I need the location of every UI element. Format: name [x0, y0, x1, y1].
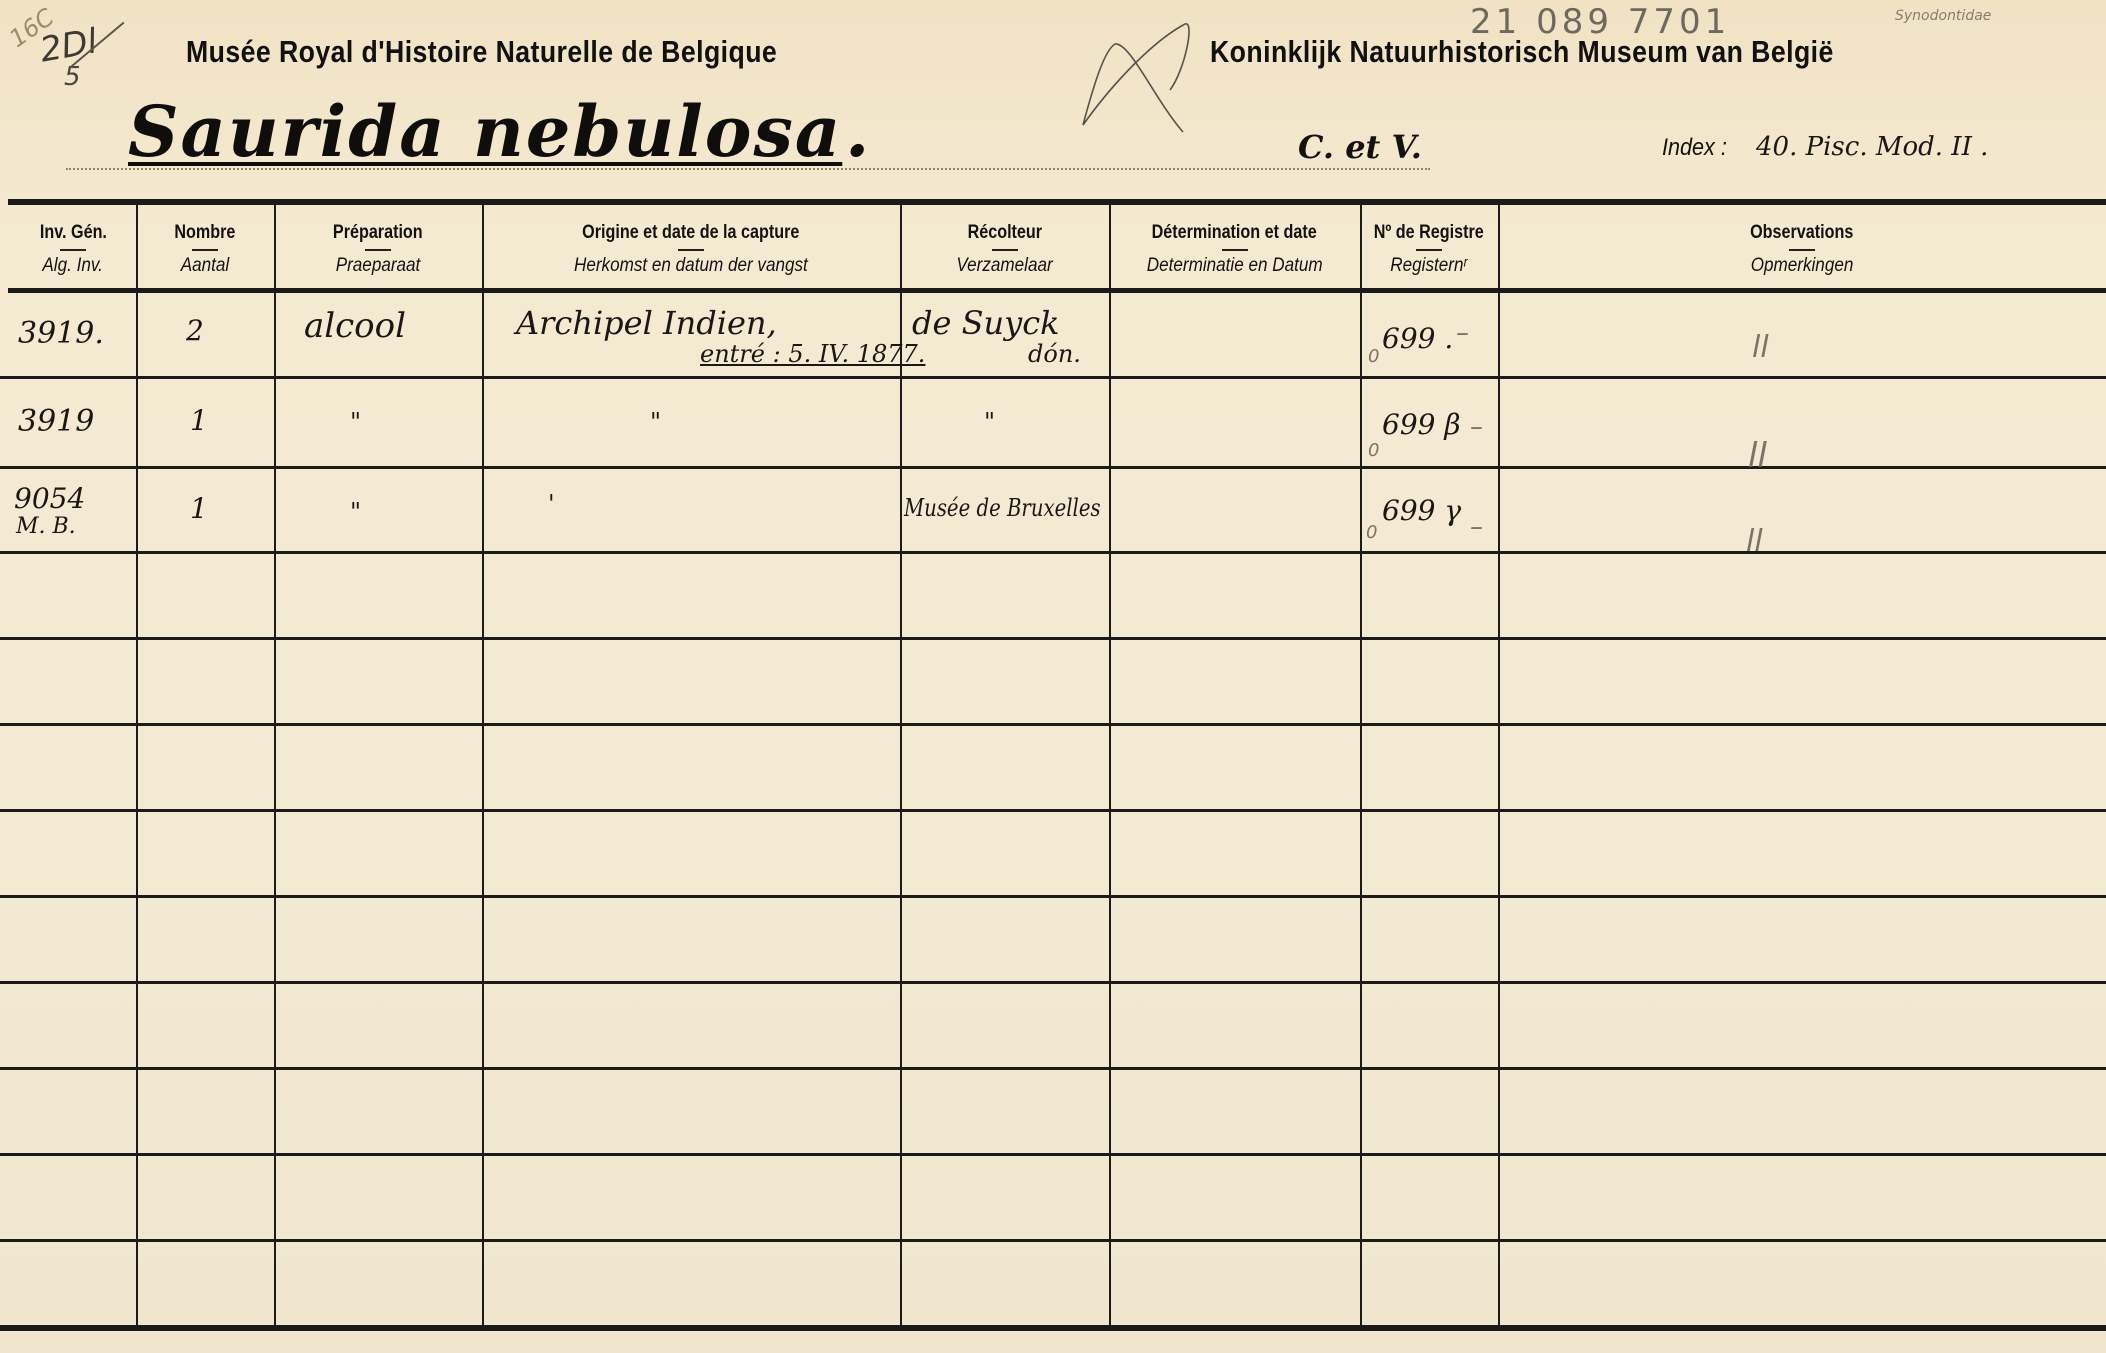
index-label: Index :: [1662, 134, 1727, 162]
column-header-origine-fr: Origine et date de la capture: [582, 222, 799, 244]
header-bottom-rule: [8, 288, 2106, 293]
row1-observations: ll: [1752, 330, 1769, 365]
row2-origine: ": [650, 408, 661, 436]
column-header-determination-fr: Détermination et date: [1152, 222, 1317, 244]
column-header-recolteur: Récolteur Verzamelaar: [900, 210, 1109, 288]
row3-registre-prefix: 0: [1366, 522, 1377, 543]
row-divider: [0, 723, 2106, 726]
column-divider: [482, 205, 484, 1325]
column-header-nombre-fr: Nombre: [174, 222, 235, 244]
row-divider: [0, 1067, 2106, 1070]
column-header-recolteur-fr: Récolteur: [967, 222, 1041, 244]
index-value: 40. Pisc. Mod. II .: [1756, 132, 1988, 162]
column-header-registre-nl: Registernʳ: [1391, 255, 1468, 277]
header-dash: [1222, 249, 1248, 251]
row1-recolteur: de Suyck: [912, 304, 1060, 342]
column-divider: [1360, 205, 1362, 1325]
catalog-number: 21 089 7701: [1470, 2, 1730, 42]
row2-registre-prefix: 0: [1368, 440, 1379, 461]
header-dash: [365, 249, 391, 251]
row-divider: [0, 551, 2106, 554]
row1-registre-mark: –: [1456, 318, 1469, 348]
column-divider: [274, 205, 276, 1325]
column-header-origine-nl: Herkomst en datum der vangst: [574, 255, 808, 277]
column-header-preparation: Préparation Praeparaat: [274, 210, 482, 288]
row1-recolteur-note: dón.: [1028, 340, 1081, 368]
species-name: Saurida nebulosa: [128, 90, 842, 173]
header-dash: [192, 249, 218, 251]
row1-inv: 3919.: [18, 316, 104, 351]
column-header-determination: Détermination et date Determinatie en Da…: [1109, 210, 1360, 288]
row1-registre-prefix: 0: [1368, 346, 1379, 367]
row3-origine: ': [548, 490, 555, 518]
column-header-registre: Nº de Registre Registernʳ: [1360, 210, 1498, 288]
row1-nombre: 2: [186, 314, 204, 347]
column-header-preparation-fr: Préparation: [333, 222, 423, 244]
header-dash: [992, 249, 1018, 251]
header-dash: [1416, 249, 1442, 251]
column-divider: [900, 205, 902, 1325]
row-divider: [0, 1153, 2106, 1156]
row3-registre-mark: –: [1470, 512, 1483, 542]
row1-preparation: alcool: [304, 306, 406, 346]
column-header-observations-nl: Opmerkingen: [1751, 255, 1854, 277]
column-header-determination-nl: Determinatie en Datum: [1147, 255, 1323, 277]
family-note: Synodontidae: [1895, 8, 1991, 24]
header-dash: [60, 249, 86, 251]
header-dash: [1789, 249, 1815, 251]
row1-registre: 699 .: [1382, 322, 1453, 355]
column-header-recolteur-nl: Verzamelaar: [956, 255, 1052, 277]
column-header-nombre: Nombre Aantal: [136, 210, 274, 288]
column-divider: [1498, 205, 1500, 1325]
species-period: .: [845, 90, 871, 173]
author-abbrev: C. et V.: [1298, 128, 1422, 166]
row2-registre-mark: –: [1470, 412, 1483, 442]
row3-preparation: ": [350, 498, 361, 526]
row-divider: [0, 809, 2106, 812]
row3-nombre: 1: [190, 492, 208, 525]
row-divider: [0, 376, 2106, 379]
row1-origine: Archipel Indien,: [516, 304, 777, 342]
row1-origine-date: entré : 5. IV. 1877.: [700, 340, 925, 368]
row3-observations: ll: [1746, 524, 1763, 559]
column-header-observations-fr: Observations: [1750, 222, 1853, 244]
column-header-nombre-nl: Aantal: [181, 255, 229, 277]
column-divider: [1109, 205, 1111, 1325]
row2-preparation: ": [350, 408, 361, 436]
column-header-inv-fr: Inv. Gén.: [39, 222, 106, 244]
column-divider: [136, 205, 138, 1325]
row-divider: [0, 895, 2106, 898]
column-header-observations: Observations Opmerkingen: [1498, 210, 2106, 288]
row3-inv: 9054: [14, 482, 85, 515]
heading-french: Musée Royal d'Histoire Naturelle de Belg…: [186, 34, 777, 70]
row-divider: [0, 981, 2106, 984]
column-header-inv: Inv. Gén. Alg. Inv.: [10, 210, 136, 288]
row-divider: [0, 1239, 2106, 1242]
row-divider: [0, 637, 2106, 640]
row2-registre: 699 β: [1382, 408, 1461, 441]
column-header-preparation-nl: Praeparaat: [336, 255, 421, 277]
row3-recolteur: Musée de Bruxelles: [904, 494, 1101, 522]
row2-observations: ll: [1748, 436, 1767, 476]
row2-recolteur: ": [984, 408, 995, 436]
header-dash: [678, 249, 704, 251]
column-header-registre-fr: Nº de Registre: [1374, 222, 1484, 244]
column-header-origine: Origine et date de la capture Herkomst e…: [482, 210, 900, 288]
table-top-rule: [8, 199, 2106, 205]
column-header-inv-nl: Alg. Inv.: [43, 255, 104, 277]
row2-inv: 3919: [18, 404, 94, 439]
cross-mark-icon: [1075, 10, 1205, 140]
row2-nombre: 1: [190, 404, 208, 437]
row-divider: [0, 466, 2106, 469]
row3-registre: 699 γ: [1382, 494, 1461, 527]
row3-inv-note: M. B.: [16, 514, 76, 539]
row-divider: [0, 1325, 2106, 1331]
